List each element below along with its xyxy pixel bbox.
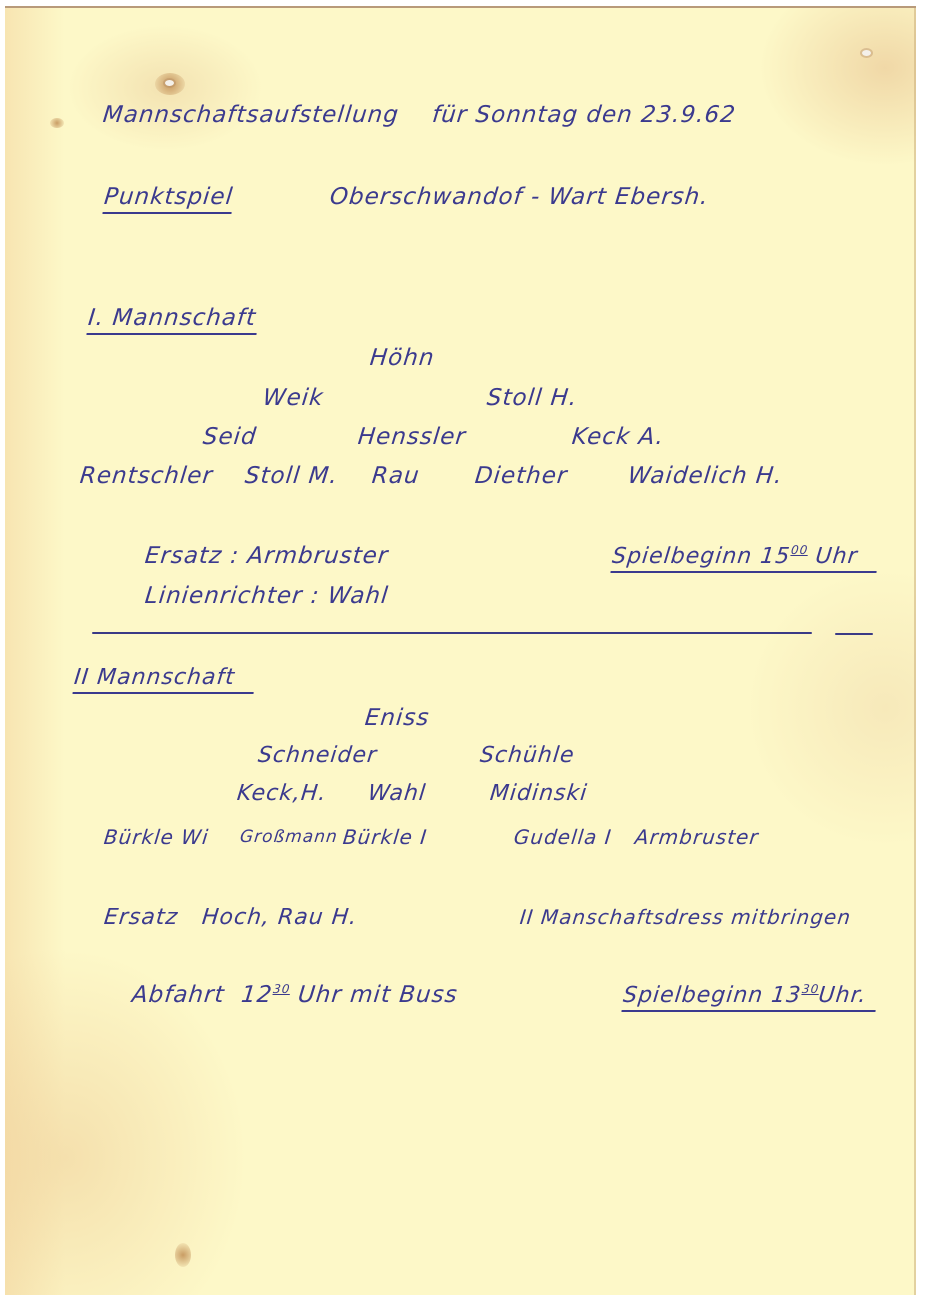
- team1-player: Keck A.: [571, 424, 666, 450]
- team2-player: Keck,H.: [236, 781, 328, 806]
- team2-substitute: Ersatz Hoch, Rau H.: [103, 905, 359, 930]
- team1-player: Seid: [202, 424, 258, 450]
- team2-player: Bürkle I: [342, 825, 429, 849]
- team2-player: Schühle: [479, 743, 576, 768]
- team2-player: Gudella I: [513, 825, 613, 849]
- team2-player: Armbruster: [634, 825, 760, 849]
- team1-linesman: Linienrichter : Wahl: [144, 583, 390, 609]
- team2-player: Wahl: [367, 781, 428, 806]
- team2-dress-note: II Manschaftsdress mitbringen: [519, 905, 853, 929]
- team2-player: Eniss: [364, 705, 431, 731]
- paper-hole: [862, 50, 871, 56]
- team2-player: Großmann: [239, 827, 339, 847]
- team1-player: Rau: [371, 463, 421, 489]
- team1-player: Weik: [262, 385, 325, 411]
- team2-player: Midinski: [489, 781, 589, 806]
- team2-heading: II Mannschaft: [72, 665, 256, 694]
- team1-player: Stoll M.: [244, 463, 340, 489]
- team2-kickoff: Spielbeginn 1330Uhr.: [621, 982, 878, 1012]
- match-fixture: Oberschwandof - Wart Ebersh.: [329, 184, 710, 210]
- stain: [175, 1243, 191, 1267]
- team1-player: Stoll H.: [486, 385, 579, 411]
- team1-player: Rentschler: [79, 463, 215, 489]
- team2-player: Bürkle Wi: [103, 825, 210, 849]
- team2-departure: Abfahrt 1230 Uhr mit Buss: [131, 982, 459, 1008]
- document-title: Mannschaftsaufstellung für Sonntag den 2…: [102, 102, 738, 128]
- match-type: Punktspiel: [102, 184, 234, 214]
- paper-hole: [165, 80, 174, 86]
- team1-player: Waidelich H.: [627, 463, 784, 489]
- section-divider: [92, 632, 812, 634]
- team2-player: Schneider: [257, 743, 379, 768]
- team1-heading: I. Mannschaft: [86, 305, 259, 335]
- team1-player: Diether: [474, 463, 569, 489]
- team1-player: Höhn: [369, 345, 436, 371]
- section-divider-dash: [835, 633, 873, 635]
- team1-substitute: Ersatz : Armbruster: [144, 543, 390, 569]
- stain: [50, 118, 64, 128]
- team1-kickoff: Spielbeginn 1500 Uhr: [610, 543, 879, 573]
- team1-player: Henssler: [357, 424, 468, 450]
